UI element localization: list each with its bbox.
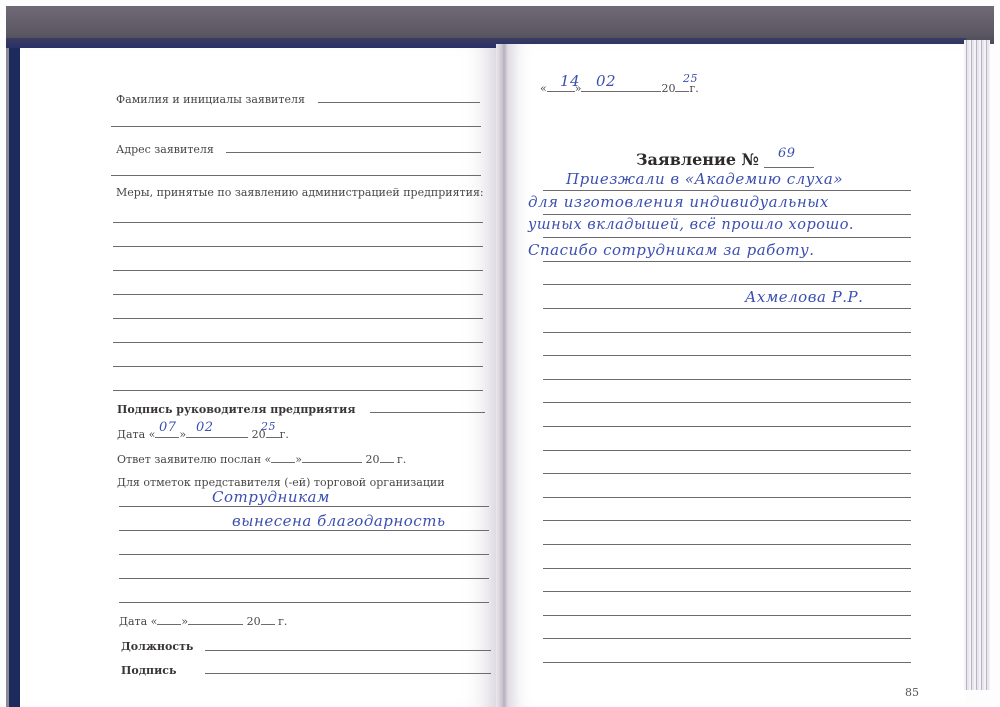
statement-line[interactable]	[543, 615, 911, 616]
handwritten-signature: Ахмелова Р.Р.	[745, 288, 863, 306]
page-edges	[964, 40, 990, 690]
bottom-date-year-field[interactable]	[261, 615, 275, 625]
measures-line[interactable]	[113, 318, 483, 319]
left-page	[20, 48, 500, 707]
handwritten-date-month: 02	[196, 420, 214, 435]
reply-year-unit: г.	[397, 453, 406, 466]
applicant-name-field[interactable]	[318, 102, 480, 103]
bottom-date-label: Дата	[119, 615, 147, 628]
measures-line[interactable]	[113, 222, 483, 223]
handwritten-date-year: 25	[261, 420, 276, 433]
manager-signature-label: Подпись руководителя предприятия	[117, 403, 355, 416]
statement-line[interactable]	[543, 402, 911, 403]
handwritten-statement-line2: для изготовления индивидуальных	[528, 193, 829, 211]
statement-line[interactable]	[543, 214, 911, 215]
signature-field[interactable]	[205, 673, 491, 674]
statement-line[interactable]	[543, 190, 911, 191]
measures-line[interactable]	[113, 390, 483, 391]
manager-signature-field[interactable]	[370, 412, 485, 413]
measures-line[interactable]	[113, 342, 483, 343]
reply-year-prefix: 20	[366, 453, 380, 466]
rep-notes-line[interactable]	[119, 554, 489, 555]
statement-line[interactable]	[543, 638, 911, 639]
rep-notes-line[interactable]	[119, 530, 489, 531]
page-number: 85	[905, 686, 919, 699]
measures-line[interactable]	[113, 246, 483, 247]
statement-line[interactable]	[543, 355, 911, 356]
handwritten-statement-line1: Приезжали в «Академию слуха»	[566, 170, 843, 188]
signature-label: Подпись	[121, 664, 176, 677]
measures-label: Меры, принятые по заявлению администраци…	[116, 186, 484, 199]
applicant-address-field[interactable]	[226, 152, 481, 153]
handwritten-right-date-day: 14	[560, 72, 580, 90]
handwritten-rep-note-line2: вынесена благодарность	[232, 512, 446, 530]
bottom-date-year-unit: г.	[278, 615, 287, 628]
applicant-address-label: Адрес заявителя	[116, 143, 214, 156]
statement-line[interactable]	[543, 308, 911, 309]
statement-line[interactable]	[543, 473, 911, 474]
right-date-month-field[interactable]	[581, 82, 661, 92]
bottom-date-row: Дата «» 20 г.	[119, 615, 287, 628]
handwritten-statement-line4: Спасибо сотрудникам за работу.	[528, 241, 815, 259]
statement-line[interactable]	[543, 261, 911, 262]
statement-line[interactable]	[543, 662, 911, 663]
reply-sent-label: Ответ заявителю послан	[117, 453, 261, 466]
statement-line[interactable]	[543, 544, 911, 545]
statement-line[interactable]	[543, 426, 911, 427]
statement-line[interactable]	[543, 591, 911, 592]
right-date-year-prefix: 20	[661, 82, 675, 95]
statement-number-field[interactable]	[764, 167, 814, 168]
measures-line[interactable]	[113, 294, 483, 295]
bottom-date-day-field[interactable]	[157, 615, 181, 625]
statement-line[interactable]	[543, 332, 911, 333]
handwritten-right-date-month: 02	[596, 72, 616, 90]
rep-notes-line[interactable]	[119, 506, 489, 507]
date-year-unit: г.	[280, 428, 289, 441]
rep-notes-line[interactable]	[119, 602, 489, 603]
measures-line[interactable]	[113, 366, 483, 367]
position-label: Должность	[121, 640, 193, 653]
handwritten-statement-number: 69	[778, 146, 796, 161]
reply-sent-row: Ответ заявителю послан «» 20 г.	[117, 453, 406, 466]
statement-line[interactable]	[543, 520, 911, 521]
handwritten-rep-note-line1: Сотрудникам	[212, 488, 330, 506]
statement-line[interactable]	[543, 237, 911, 238]
handwritten-date-day: 07	[159, 420, 177, 435]
position-field[interactable]	[205, 650, 491, 651]
applicant-name-field-line2[interactable]	[111, 126, 481, 127]
right-page	[508, 44, 966, 707]
statement-line[interactable]	[543, 284, 911, 285]
handwritten-right-date-year: 25	[683, 72, 698, 85]
statement-title: Заявление №	[636, 150, 759, 169]
reply-month-field[interactable]	[302, 453, 362, 463]
statement-line[interactable]	[543, 450, 911, 451]
date-label: Дата	[117, 428, 145, 441]
statement-line[interactable]	[543, 568, 911, 569]
statement-line[interactable]	[543, 497, 911, 498]
handwritten-statement-line3: ушных вкладышей, всё прошло хорошо.	[528, 217, 854, 233]
applicant-address-field-line2[interactable]	[111, 175, 481, 176]
reply-year-field[interactable]	[380, 453, 394, 463]
bottom-date-year-prefix: 20	[247, 615, 261, 628]
bottom-date-month-field[interactable]	[188, 615, 243, 625]
rep-notes-line[interactable]	[119, 578, 489, 579]
applicant-name-label: Фамилия и инициалы заявителя	[116, 93, 305, 106]
reply-day-field[interactable]	[271, 453, 295, 463]
statement-line[interactable]	[543, 379, 911, 380]
measures-line[interactable]	[113, 270, 483, 271]
